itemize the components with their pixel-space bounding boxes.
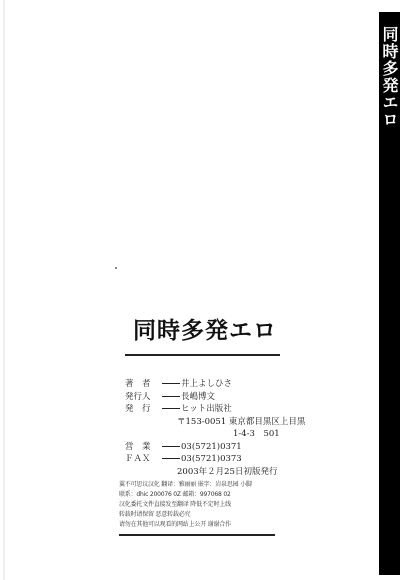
fax-row: ＦＡＸ03(5721)0373 bbox=[125, 453, 340, 466]
publication-date: 2003年２月25日初版発行 bbox=[125, 466, 340, 479]
address-line-1: 〒153-0051 東京都目黒区上目黒 bbox=[125, 416, 340, 429]
scan-speck bbox=[115, 267, 117, 269]
sales-phone: 03(5721)0371 bbox=[181, 442, 242, 452]
bottom-rule bbox=[119, 534, 275, 536]
spine-title: 同時多発エロ bbox=[379, 26, 400, 128]
publisher-label: 発 行 bbox=[125, 403, 161, 416]
address-line-2: 1-4-3 501 bbox=[125, 428, 340, 441]
page-edge-shadow bbox=[3, 0, 5, 580]
dash-divider bbox=[162, 408, 180, 409]
book-title: 同時多発エロ bbox=[133, 316, 340, 346]
sales-label: 営 業 bbox=[125, 441, 161, 454]
issuer-label: 発行人 bbox=[125, 391, 161, 404]
credit-line: 汉化委托文件直接发至翻译 降低不定时上线 bbox=[119, 500, 340, 510]
publisher-name: ヒット出版社 bbox=[181, 404, 232, 414]
credit-line: 翼不可思议汉化 翻译：雅丽丽 嵌字：岩泉思园 小脚 bbox=[119, 480, 340, 490]
issuer-name: 長嶋博文 bbox=[181, 392, 215, 402]
dash-divider bbox=[162, 446, 180, 447]
author-row: 著 者井上よしひさ bbox=[125, 378, 340, 391]
issuer-row: 発行人長嶋博文 bbox=[125, 391, 340, 404]
colophon-block: 同時多発エロ 著 者井上よしひさ 発行人長嶋博文 発 行ヒット出版社 〒153-… bbox=[125, 316, 340, 536]
dash-divider bbox=[162, 383, 180, 384]
spine-tab: 同時多発エロ bbox=[379, 12, 400, 575]
publication-info: 著 者井上よしひさ 発行人長嶋博文 発 行ヒット出版社 〒153-0051 東京… bbox=[125, 378, 340, 478]
credit-line: 请勿在其他可以观看的网站上公开 谢谢合作 bbox=[119, 520, 340, 530]
publisher-row: 発 行ヒット出版社 bbox=[125, 403, 340, 416]
credit-line: 联系：dhic 200076 0Z 邮箱：997068 02 bbox=[119, 490, 340, 500]
fax-phone: 03(5721)0373 bbox=[181, 454, 242, 464]
dash-divider bbox=[162, 458, 180, 459]
title-underline bbox=[125, 354, 280, 356]
scanlation-credits: 翼不可思议汉化 翻译：雅丽丽 嵌字：岩泉思园 小脚 联系：dhic 200076… bbox=[119, 480, 340, 530]
credit-line: 转载时请保留 恶意转载必究 bbox=[119, 510, 340, 520]
author-name: 井上よしひさ bbox=[181, 379, 232, 389]
author-label: 著 者 bbox=[125, 378, 161, 391]
book-colophon-page: 同時多発エロ 同時多発エロ 著 者井上よしひさ 発行人長嶋博文 発 行ヒット出版… bbox=[0, 0, 400, 580]
dash-divider bbox=[162, 396, 180, 397]
sales-row: 営 業03(5721)0371 bbox=[125, 441, 340, 454]
fax-label: ＦＡＸ bbox=[125, 453, 161, 466]
